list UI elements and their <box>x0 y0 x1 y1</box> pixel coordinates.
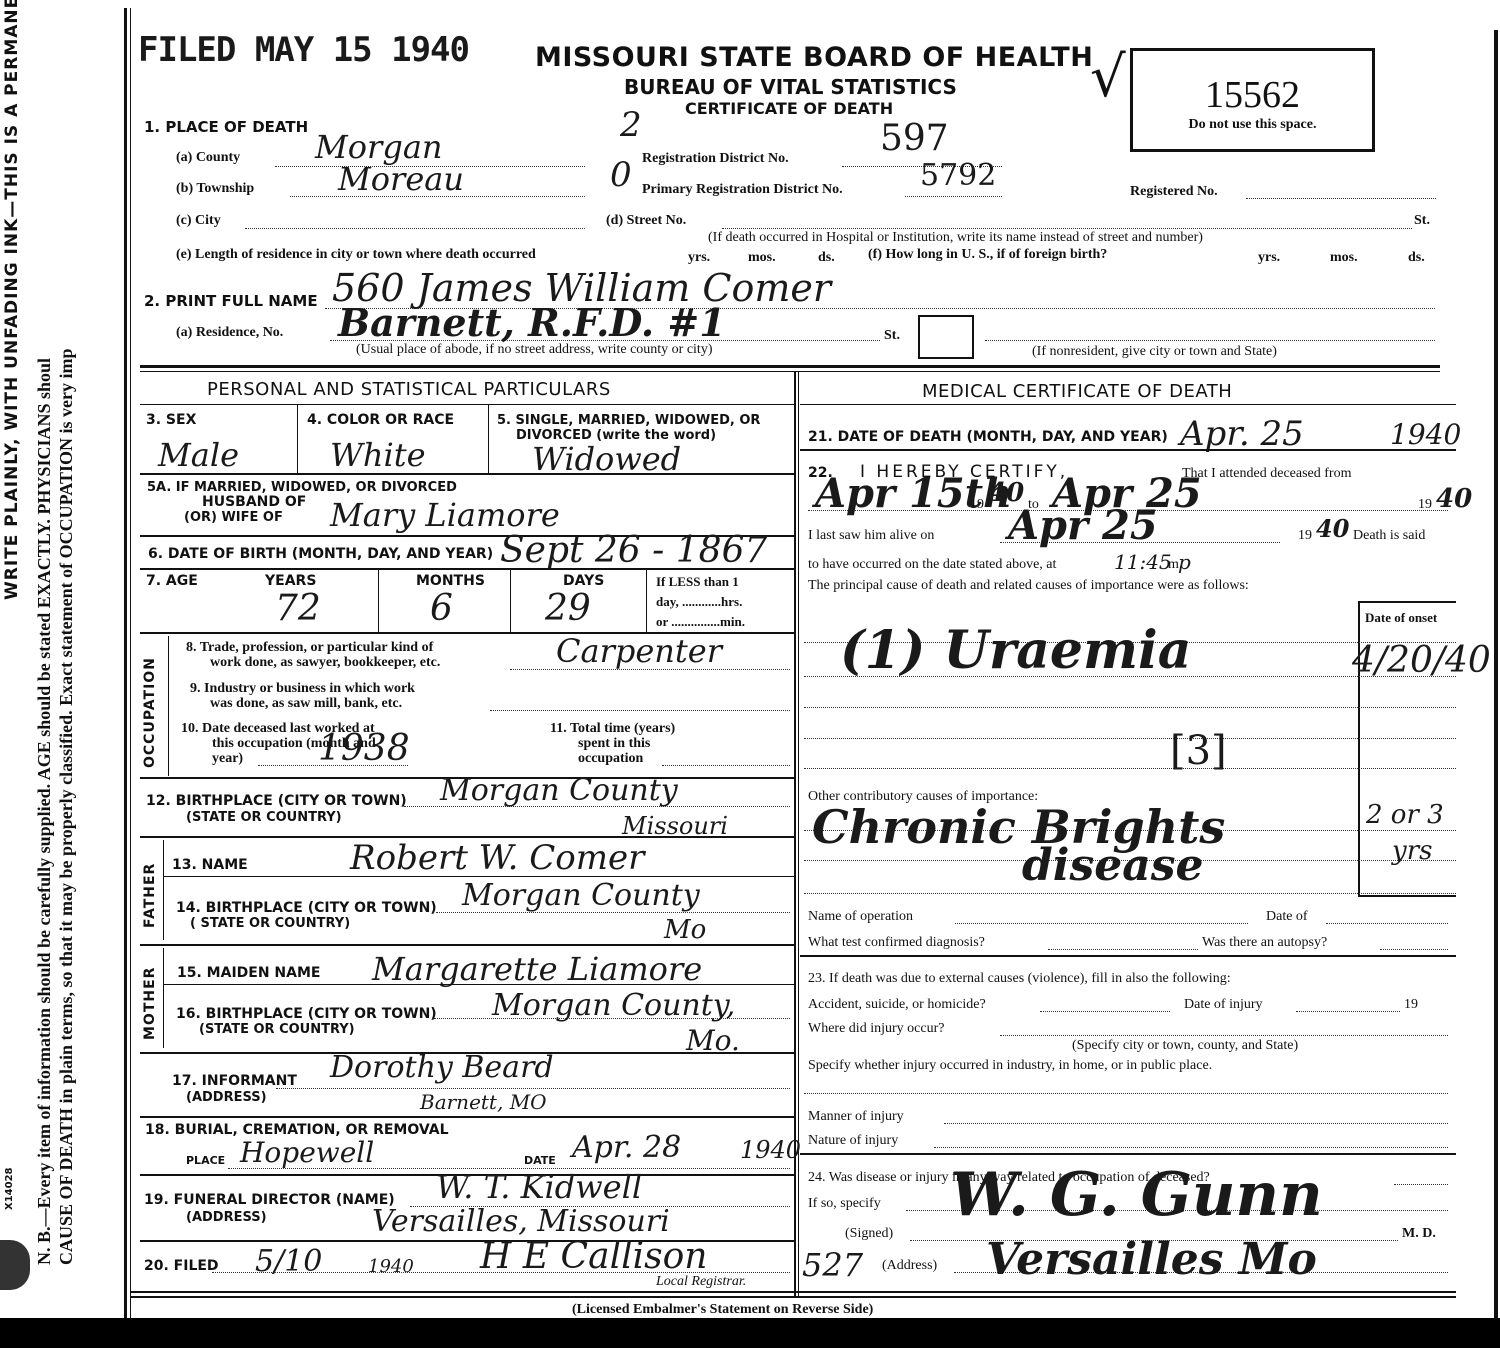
total-time-label-2: spent in this <box>578 736 650 752</box>
funeral-director-address[interactable]: Versailles, Missouri <box>372 1204 670 1239</box>
operation-label: Name of operation <box>808 909 913 925</box>
office-use-box: 15562 Do not use this space. <box>1130 48 1375 152</box>
total-time-line[interactable] <box>662 765 790 766</box>
less-than-label-1: If LESS than 1 <box>656 574 739 590</box>
township-label: (b) Township <box>176 181 254 197</box>
principal-cause-label: The principal cause of death and related… <box>808 578 1249 594</box>
related-line[interactable] <box>1394 1184 1448 1185</box>
filed-date-value[interactable]: 5/10 <box>255 1244 322 1279</box>
divider <box>163 840 164 940</box>
date-of-line[interactable] <box>1326 923 1448 924</box>
divider <box>297 405 298 473</box>
mother-name-label: 15. MAIDEN NAME <box>177 965 320 981</box>
burial-year-value[interactable]: 1940 <box>740 1136 801 1164</box>
registrar-label: Local Registrar. <box>656 1274 746 1290</box>
foreign-birth-label: (f) How long in U. S., if of foreign bir… <box>868 247 1107 263</box>
sex-value[interactable]: Male <box>158 436 239 474</box>
external-causes-label: 23. If death was due to external causes … <box>808 971 1231 987</box>
divider <box>130 1291 1456 1293</box>
divider <box>140 944 794 946</box>
nb-note-line-2: CAUSE OF DEATH in plain terms, so that i… <box>56 349 77 1265</box>
scan-bottom-edge <box>0 1318 1500 1348</box>
residence-st: St. <box>884 328 900 344</box>
industry-label-1: 9. Industry or business in which work <box>190 681 415 697</box>
test-label: What test confirmed diagnosis? <box>808 935 985 951</box>
form-name: CERTIFICATE OF DEATH <box>685 99 893 118</box>
father-birthplace-label-2: ( STATE OR COUNTRY) <box>190 916 350 931</box>
funeral-director-name[interactable]: W. T. Kidwell <box>436 1168 642 1206</box>
other-onset-2[interactable]: yrs <box>1392 836 1432 866</box>
divider <box>140 568 794 570</box>
attended-19-b: 19 <box>1418 497 1432 513</box>
age-years-value[interactable]: 72 <box>275 588 321 629</box>
personal-section-title: PERSONAL AND STATISTICAL PARTICULARS <box>207 379 611 400</box>
cause-line[interactable] <box>804 707 1456 708</box>
color-label: 4. COLOR OR RACE <box>307 412 454 428</box>
birthplace-label-2: (STATE OR COUNTRY) <box>186 810 342 825</box>
divider <box>800 404 1456 405</box>
autopsy-label: Was there an autopsy? <box>1202 935 1327 951</box>
last-worked-value[interactable]: 1938 <box>318 728 410 769</box>
full-name-label: 2. PRINT FULL NAME <box>144 292 318 310</box>
funeral-address-label: (ADDRESS) <box>186 1210 267 1225</box>
divider <box>378 570 379 632</box>
test-line[interactable] <box>1048 949 1198 950</box>
other-onset-1[interactable]: 2 or 3 <box>1366 800 1444 830</box>
divider <box>800 1153 1456 1155</box>
county-label: (a) County <box>176 150 240 166</box>
nature-label: Nature of injury <box>808 1133 898 1149</box>
burial-date-label: DATE <box>524 1154 556 1167</box>
informant-name-value[interactable]: Dorothy Beard <box>330 1050 554 1085</box>
total-time-label-1: 11. Total time (years) <box>550 721 675 737</box>
address-label: (Address) <box>882 1258 937 1274</box>
divider <box>164 984 794 985</box>
age-months-value[interactable]: 6 <box>430 588 453 629</box>
trade-label-1: 8. Trade, profession, or particular kind… <box>186 640 433 656</box>
mother-birthplace-label-1: 16. BIRTHPLACE (CITY OR TOWN) <box>176 1006 437 1022</box>
residence-mos: mos. <box>748 250 776 266</box>
certify-rest: That I attended deceased from <box>1182 466 1351 482</box>
dob-value[interactable]: Sept 26 - 1867 <box>500 530 767 571</box>
cause-line[interactable] <box>804 738 1456 739</box>
registered-no-line[interactable] <box>1246 198 1436 199</box>
trade-label-2: work done, as sawyer, bookkeeper, etc. <box>210 655 440 671</box>
registrar-signature[interactable]: H E Callison <box>480 1236 707 1277</box>
page-title: MISSOURI STATE BOARD OF HEALTH <box>535 42 1093 73</box>
primary-reg-label: Primary Registration District No. <box>642 182 843 198</box>
burial-place-value[interactable]: Hopewell <box>240 1136 374 1169</box>
where-injury-note: (Specify city or town, county, and State… <box>1072 1038 1298 1054</box>
dob-label: 6. DATE OF BIRTH (MONTH, DAY, AND YEAR) <box>148 546 493 562</box>
city-field-line[interactable] <box>245 228 585 229</box>
city-label: (c) City <box>176 213 221 229</box>
manner-label: Manner of injury <box>808 1109 904 1125</box>
age-months-label: MONTHS <box>416 573 485 589</box>
age-years-label: YEARS <box>265 573 316 589</box>
trade-value[interactable]: Carpenter <box>556 632 722 670</box>
frame-left-border-inner <box>130 8 131 1318</box>
margin-mark-2: 2 <box>620 105 642 145</box>
foreign-ds: ds. <box>1408 250 1425 266</box>
last-saw-label: I last saw him alive on <box>808 528 934 544</box>
father-birthplace-city[interactable]: Morgan County <box>462 878 700 913</box>
father-birthplace-label-1: 14. BIRTHPLACE (CITY OR TOWN) <box>176 900 437 916</box>
principal-cause-value[interactable]: (1) Uraemia <box>840 620 1191 681</box>
date-injury-label: Date of injury <box>1184 997 1263 1013</box>
foreign-yrs: yrs. <box>1258 250 1280 266</box>
date-of-death-value[interactable]: Apr. 25 <box>1180 414 1304 454</box>
divider <box>140 404 794 405</box>
father-name-label: 13. NAME <box>172 857 248 873</box>
seal-mark <box>0 1240 30 1290</box>
residence-ds: ds. <box>818 250 835 266</box>
filed-label: 20. FILED <box>144 1258 219 1274</box>
accident-line[interactable] <box>1040 1011 1170 1012</box>
divider <box>510 570 511 632</box>
birthplace-label-1: 12. BIRTHPLACE (CITY OR TOWN) <box>146 793 407 809</box>
spouse-value[interactable]: Mary Liamore <box>330 496 560 534</box>
where-injury-line[interactable] <box>1000 1035 1448 1036</box>
frame-right-border <box>1494 30 1498 1320</box>
age-days-value[interactable]: 29 <box>545 588 591 629</box>
age-label: 7. AGE <box>146 573 198 589</box>
nonresident-box[interactable] <box>918 315 974 359</box>
last-worked-label-3: year) <box>212 751 243 767</box>
residence-value[interactable]: Barnett, R.F.D. #1 <box>338 300 726 345</box>
mother-side-label: MOTHER <box>142 967 158 1040</box>
accident-label: Accident, suicide, or homicide? <box>808 997 986 1013</box>
primary-reg-value[interactable]: 5792 <box>920 158 996 193</box>
residence-length-label: (e) Length of residence in city or town … <box>176 247 536 263</box>
total-time-label-3: occupation <box>578 751 643 767</box>
medical-section-title: MEDICAL CERTIFICATE OF DEATH <box>922 381 1232 402</box>
physician-address[interactable]: Versailles Mo <box>986 1234 1317 1285</box>
date-injury-line[interactable] <box>1296 1011 1400 1012</box>
birthplace-city-value[interactable]: Morgan County <box>440 773 678 808</box>
last-saw-19: 19 <box>1298 528 1312 544</box>
burial-date-value[interactable]: Apr. 28 <box>572 1130 681 1165</box>
street-suffix: St. <box>1414 213 1430 229</box>
frame-left-border <box>124 8 127 1318</box>
divider <box>646 570 647 632</box>
coding-mark: [3] <box>1170 728 1227 774</box>
other-cause-value-2[interactable]: disease <box>1022 840 1204 891</box>
other-cause-line[interactable] <box>804 893 1456 894</box>
place-of-death-label: 1. PLACE OF DEATH <box>144 118 308 136</box>
last-saw-value[interactable]: Apr 25 <box>1008 502 1158 549</box>
less-than-label-3: or ...............min. <box>656 614 745 630</box>
divider <box>164 876 794 877</box>
residence-note: (Usual place of abode, if no street addr… <box>356 342 713 358</box>
father-side-label: FATHER <box>142 863 158 928</box>
less-than-label-2: day, ............hrs. <box>656 594 742 610</box>
margin-mark-0: 0 <box>610 155 632 195</box>
box-note: Do not use this space. <box>1133 117 1372 133</box>
street-note: (If death occurred in Hospital or Instit… <box>708 230 1203 246</box>
spouse-label-1: 5A. IF MARRIED, WIDOWED, OR DIVORCED <box>147 480 457 495</box>
burial-place-label: PLACE <box>186 1154 225 1167</box>
divider <box>140 1116 794 1118</box>
date-injury-year: 19 <box>1404 997 1418 1013</box>
registered-no-label: Registered No. <box>1130 184 1218 200</box>
industry-line[interactable] <box>490 710 790 711</box>
mother-birthplace-city[interactable]: Morgan County, <box>492 988 735 1023</box>
divider <box>800 955 1456 957</box>
divider <box>140 371 1440 372</box>
specify-injury-line[interactable] <box>804 1093 1448 1094</box>
divider <box>800 449 1456 451</box>
principal-onset-value[interactable]: 4/20/40 <box>1352 640 1491 681</box>
left-margin-notes: WRITE PLAINLY, WITH UNFADING INK—THIS IS… <box>0 0 122 1318</box>
attended-to-year[interactable]: 40 <box>1436 484 1472 514</box>
age-days-label: DAYS <box>563 573 604 589</box>
nature-line[interactable] <box>934 1147 1448 1148</box>
signed-label: (Signed) <box>845 1226 893 1242</box>
mother-birthplace-label-2: (STATE OR COUNTRY) <box>199 1022 355 1037</box>
residence-label: (a) Residence, No. <box>176 325 283 341</box>
divider <box>140 365 1440 368</box>
father-birthplace-state[interactable]: Mo <box>664 915 706 945</box>
occupation-side-label: OCCUPATION <box>142 657 158 768</box>
divider <box>163 948 164 1048</box>
onset-label: Date of onset <box>1365 610 1437 626</box>
date-of-label: Date of <box>1266 909 1308 925</box>
divider <box>488 405 489 473</box>
spouse-label-3: (OR) WIFE OF <box>184 510 283 525</box>
color-value[interactable]: White <box>330 436 426 474</box>
embalmer-note: (Licensed Embalmer's Statement on Revers… <box>572 1302 873 1318</box>
nb-note-line-1: N. B.—Every item of information should b… <box>34 358 55 1265</box>
divider <box>168 636 169 776</box>
street-field-line[interactable] <box>722 228 1412 229</box>
spouse-label-2: HUSBAND OF <box>202 494 306 510</box>
where-injury-label: Where did injury occur? <box>808 1021 944 1037</box>
street-label: (d) Street No. <box>606 213 686 229</box>
time-suffix: m. <box>1168 557 1182 573</box>
if-so-label: If so, specify <box>808 1196 881 1212</box>
permanent-record-note: WRITE PLAINLY, WITH UNFADING INK—THIS IS… <box>2 0 22 600</box>
page-subtitle: BUREAU OF VITAL STATISTICS <box>624 75 957 99</box>
divider <box>130 1296 1456 1298</box>
foreign-mos: mos. <box>1330 250 1358 266</box>
funeral-director-label: 19. FUNERAL DIRECTOR (NAME) <box>144 1192 395 1208</box>
date-of-death-label: 21. DATE OF DEATH (MONTH, DAY, AND YEAR) <box>808 429 1168 445</box>
nonresident-line[interactable] <box>985 340 1435 341</box>
cause-line[interactable] <box>804 768 1456 769</box>
father-name-value[interactable]: Robert W. Comer <box>350 838 644 878</box>
date-of-death-year[interactable]: 1940 <box>1390 418 1461 451</box>
last-saw-year[interactable]: 40 <box>1316 514 1349 543</box>
mother-name-value[interactable]: Margarette Liamore <box>372 950 702 988</box>
informant-line <box>276 1088 790 1089</box>
filed-stamp: FILED MAY 15 1940 <box>138 30 469 70</box>
nonresident-note: (If nonresident, give city or town and S… <box>1032 344 1277 360</box>
marital-label-1: 5. SINGLE, MARRIED, WIDOWED, OR <box>497 413 760 428</box>
operation-line[interactable] <box>955 923 1248 924</box>
reg-district-label: Registration District No. <box>642 151 789 167</box>
informant-address-label: (ADDRESS) <box>186 1090 267 1105</box>
primary-reg-line <box>905 196 1002 197</box>
autopsy-line[interactable] <box>1380 949 1448 950</box>
death-said-label: Death is said <box>1353 528 1425 544</box>
certificate-number: 15562 <box>1133 73 1372 117</box>
reg-district-value[interactable]: 597 <box>880 118 949 159</box>
form-code: X14028 <box>4 1168 15 1211</box>
sex-label: 3. SEX <box>146 412 196 428</box>
checkmark-icon: √ <box>1090 45 1126 110</box>
informant-label: 17. INFORMANT <box>172 1073 297 1089</box>
filed-year-value[interactable]: 1940 <box>368 1256 414 1277</box>
md-label: M. D. <box>1402 1226 1436 1242</box>
residence-yrs: yrs. <box>688 250 710 266</box>
industry-label-2: was done, as saw mill, bank, etc. <box>210 696 402 712</box>
manner-line[interactable] <box>944 1123 1448 1124</box>
township-value[interactable]: Moreau <box>338 160 464 198</box>
divider <box>140 473 794 475</box>
informant-address-value[interactable]: Barnett, MO <box>420 1090 547 1114</box>
specify-injury-label: Specify whether injury occurred in indus… <box>808 1058 1212 1074</box>
margin-number: 527 <box>802 1246 863 1284</box>
attended-19-a: 19 <box>970 497 984 513</box>
occurred-label: to have occurred on the date stated abov… <box>808 557 1056 573</box>
physician-signature[interactable]: W. G. Gunn <box>950 1160 1323 1230</box>
